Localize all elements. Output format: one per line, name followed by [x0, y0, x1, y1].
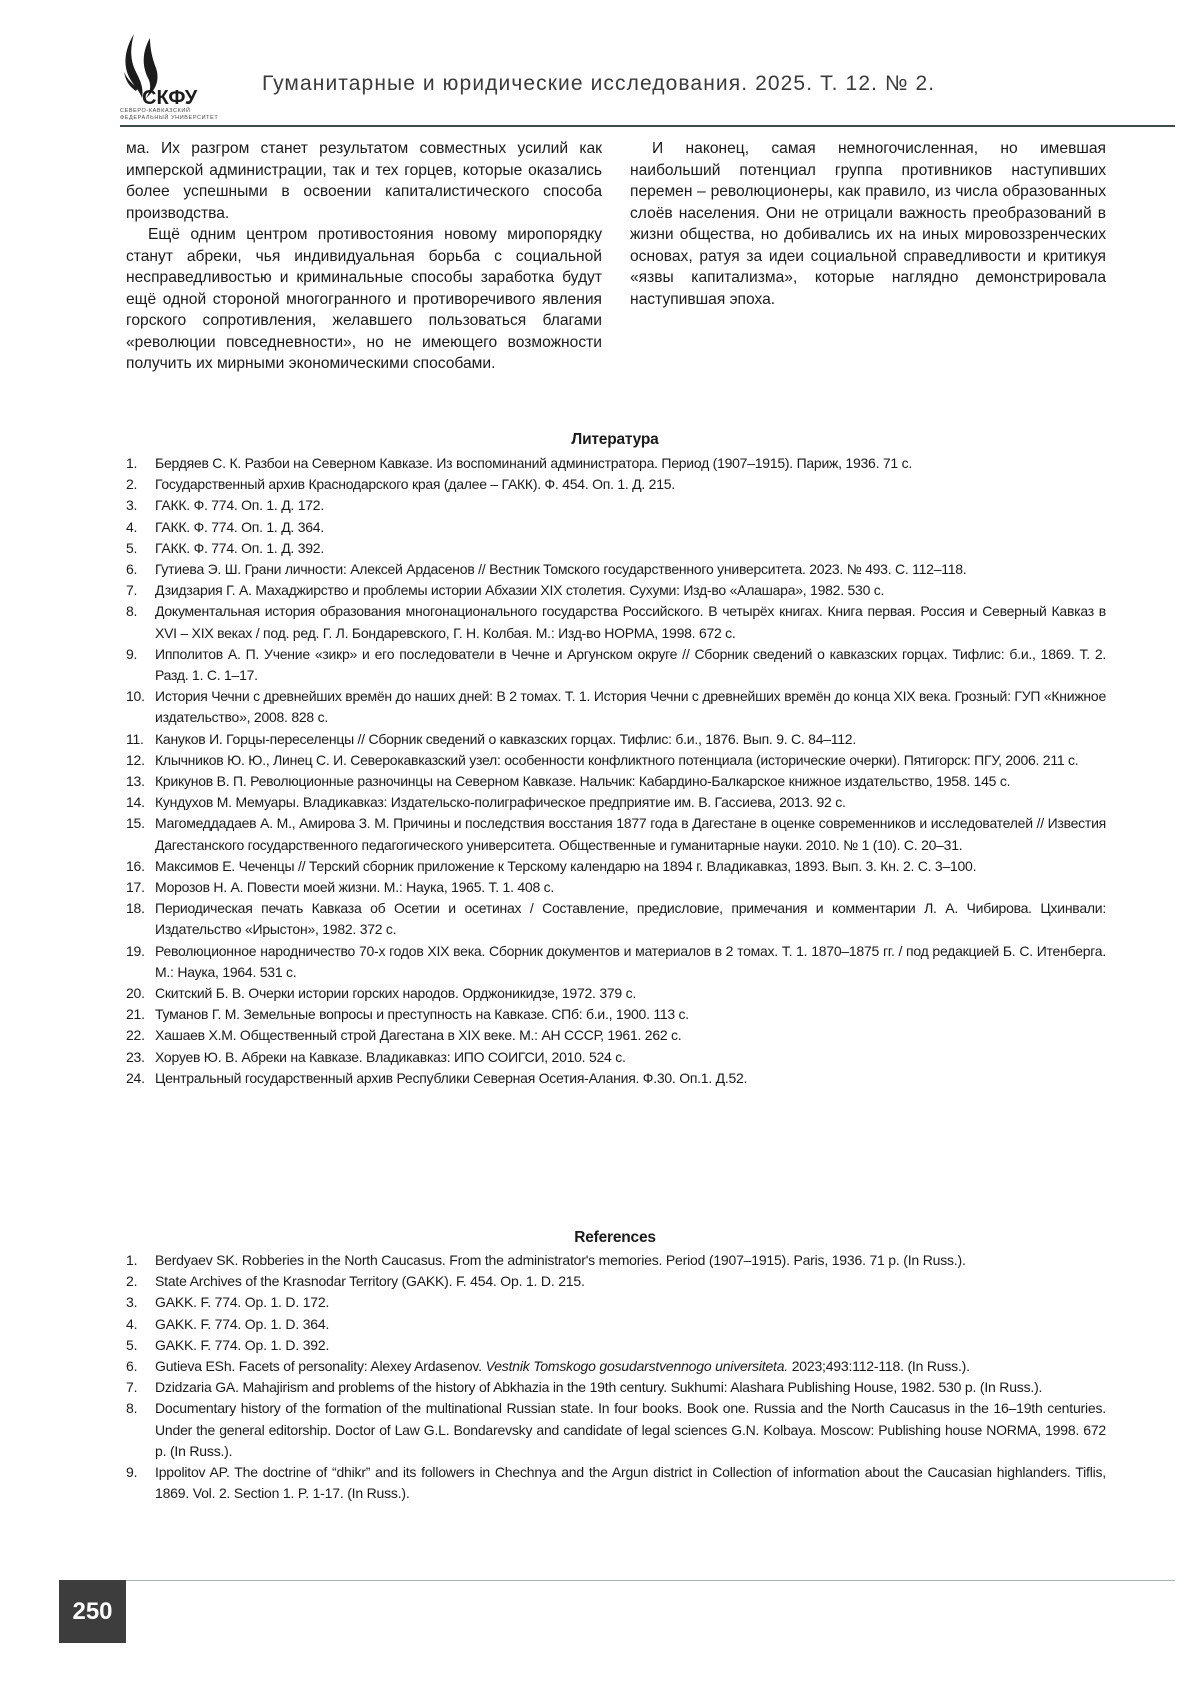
reference-number: 14. [126, 792, 145, 813]
reference-text: Туманов Г. М. Земельные вопросы и престу… [155, 1006, 689, 1022]
reference-item: 14.Кундухов М. Мемуары. Владикавказ: Изд… [126, 792, 1106, 813]
reference-number: 10. [126, 686, 145, 707]
page-number-box: 250 [59, 1580, 126, 1643]
reference-text: GAKK. F. 774. Op. 1. D. 364. [155, 1316, 329, 1332]
literature-list: 1.Бердяев С. К. Разбои на Северном Кавка… [126, 453, 1106, 1089]
reference-item: 5.GAKK. F. 774. Op. 1. D. 392. [126, 1335, 1106, 1356]
reference-text: Gutieva ESh. Facets of personality: Alex… [155, 1358, 486, 1374]
reference-item: 18.Периодическая печать Кавказа об Осети… [126, 898, 1106, 940]
reference-item: 12.Клычников Ю. Ю., Линец С. И. Северока… [126, 750, 1106, 771]
reference-number: 19. [126, 941, 145, 962]
reference-item: 15.Магомеддадаев А. М., Амирова З. М. Пр… [126, 813, 1106, 855]
reference-item: 4.GAKK. F. 774. Op. 1. D. 364. [126, 1314, 1106, 1335]
body-paragraph: Ещё одним центром противостояния новому … [126, 224, 602, 375]
reference-text: State Archives of the Krasnodar Territor… [155, 1273, 585, 1289]
header-divider [120, 125, 1175, 127]
reference-item: 1.Berdyaev SK. Robberies in the North Ca… [126, 1250, 1106, 1271]
reference-text: GAKK. F. 774. Op. 1. D. 172. [155, 1294, 329, 1310]
reference-number: 2. [126, 1271, 137, 1292]
reference-number: 7. [126, 1377, 137, 1398]
body-paragraph: ма. Их разгром станет результатом совмес… [126, 138, 602, 224]
reference-item: 8.Документальная история образования мно… [126, 601, 1106, 643]
right-column: И наконец, самая немногочисленная, но им… [630, 138, 1106, 310]
university-logo: СКФУ СЕВЕРО-КАВКАЗСКИЙ ФЕДЕРАЛЬНЫЙ УНИВЕ… [120, 32, 230, 126]
reference-text: Хашаев Х.М. Общественный строй Дагестана… [155, 1027, 681, 1043]
reference-number: 2. [126, 474, 137, 495]
page-number: 250 [59, 1580, 126, 1643]
reference-text: Documentary history of the formation of … [155, 1400, 1106, 1458]
reference-number: 3. [126, 1292, 137, 1313]
journal-running-head: Гуманитарные и юридические исследования.… [262, 72, 935, 96]
reference-number: 11. [126, 729, 144, 750]
reference-item: 21.Туманов Г. М. Земельные вопросы и пре… [126, 1004, 1106, 1025]
reference-text: Революционное народничество 70-х годов X… [155, 943, 1106, 980]
reference-text: Документальная история образования много… [155, 603, 1106, 640]
left-column: ма. Их разгром станет результатом совмес… [126, 138, 602, 375]
reference-text: Клычников Ю. Ю., Линец С. И. Северокавка… [155, 752, 1078, 768]
reference-number: 6. [126, 1356, 137, 1377]
reference-item: 2.State Archives of the Krasnodar Territ… [126, 1271, 1106, 1292]
reference-number: 3. [126, 495, 137, 516]
literature-heading: Литература [0, 431, 1200, 449]
reference-item: 6.Gutieva ESh. Facets of personality: Al… [126, 1356, 1106, 1377]
reference-number: 23. [126, 1047, 145, 1068]
reference-text: Максимов Е. Чеченцы // Терский сборник п… [155, 858, 976, 874]
reference-item: 23.Хоруев Ю. В. Абреки на Кавказе. Влади… [126, 1047, 1106, 1068]
reference-item: 1.Бердяев С. К. Разбои на Северном Кавка… [126, 453, 1106, 474]
reference-item: 13.Крикунов В. П. Революционные разночин… [126, 771, 1106, 792]
logo-subtitle-line-1: СЕВЕРО-КАВКАЗСКИЙ [120, 108, 230, 115]
reference-text: ГАКК. Ф. 774. Оп. 1. Д. 392. [155, 540, 324, 556]
reference-number: 5. [126, 538, 137, 559]
reference-text: Периодическая печать Кавказа об Осетии и… [155, 900, 1106, 937]
reference-item: 2.Государственный архив Краснодарского к… [126, 474, 1106, 495]
reference-number: 9. [126, 1462, 137, 1483]
reference-number: 9. [126, 644, 137, 665]
reference-item: 16.Максимов Е. Чеченцы // Терский сборни… [126, 856, 1106, 877]
reference-text: ГАКК. Ф. 774. Оп. 1. Д. 364. [155, 519, 324, 535]
reference-text: 2023;493:112-118. (In Russ.). [788, 1358, 970, 1374]
reference-item: 7.Дзидзария Г. А. Махаджирство и проблем… [126, 580, 1106, 601]
reference-item: 9.Ипполитов А. П. Учение «зикр» и его по… [126, 644, 1106, 686]
reference-text: ГАКК. Ф. 774. Оп. 1. Д. 172. [155, 497, 324, 513]
reference-item: 17.Морозов Н. А. Повести моей жизни. М.:… [126, 877, 1106, 898]
reference-number: 13. [126, 771, 145, 792]
reference-text: Хоруев Ю. В. Абреки на Кавказе. Владикав… [155, 1049, 626, 1065]
reference-item: 5.ГАКК. Ф. 774. Оп. 1. Д. 392. [126, 538, 1106, 559]
logo-subtitle-line-2: ФЕДЕРАЛЬНЫЙ УНИВЕРСИТЕТ [120, 115, 230, 122]
reference-text: Государственный архив Краснодарского кра… [155, 476, 675, 492]
reference-item: 20.Скитский Б. В. Очерки истории горских… [126, 983, 1106, 1004]
references-list: 1.Berdyaev SK. Robberies in the North Ca… [126, 1250, 1106, 1504]
reference-number: 21. [126, 1004, 145, 1025]
reference-text: История Чечни с древнейших времён до наш… [155, 688, 1106, 725]
reference-text: Морозов Н. А. Повести моей жизни. М.: На… [155, 879, 554, 895]
reference-number: 24. [126, 1068, 145, 1089]
reference-number: 6. [126, 559, 137, 580]
reference-item: 10.История Чечни с древнейших времён до … [126, 686, 1106, 728]
reference-item: 19.Революционное народничество 70-х годо… [126, 941, 1106, 983]
reference-text: GAKK. F. 774. Op. 1. D. 392. [155, 1337, 329, 1353]
reference-text: Berdyaev SK. Robberies in the North Cauc… [155, 1252, 966, 1268]
reference-number: 7. [126, 580, 137, 601]
reference-item: 4.ГАКК. Ф. 774. Оп. 1. Д. 364. [126, 517, 1106, 538]
reference-item: 6.Гутиева Э. Ш. Грани личности: Алексей … [126, 559, 1106, 580]
reference-number: 18. [126, 898, 145, 919]
reference-text: Центральный государственный архив Респуб… [155, 1070, 747, 1086]
reference-item: 3.GAKK. F. 774. Op. 1. D. 172. [126, 1292, 1106, 1313]
reference-item: 7.Dzidzaria GA. Mahajirism and problems … [126, 1377, 1106, 1398]
reference-number: 17. [126, 877, 145, 898]
reference-number: 8. [126, 1398, 137, 1419]
reference-text: Ипполитов А. П. Учение «зикр» и его посл… [155, 646, 1106, 683]
reference-text: Ippolitov AP. The doctrine of “dhikr” an… [155, 1464, 1106, 1501]
reference-number: 1. [126, 1250, 137, 1271]
logo-subtitle: СЕВЕРО-КАВКАЗСКИЙ ФЕДЕРАЛЬНЫЙ УНИВЕРСИТЕ… [120, 108, 230, 122]
reference-number: 12. [126, 750, 145, 771]
reference-number: 4. [126, 517, 137, 538]
reference-text: Магомеддадаев А. М., Амирова З. М. Причи… [155, 815, 1106, 852]
reference-text: Скитский Б. В. Очерки истории горских на… [155, 985, 636, 1001]
reference-number: 16. [126, 856, 145, 877]
reference-number: 4. [126, 1314, 137, 1335]
reference-number: 8. [126, 601, 137, 622]
reference-text: Dzidzaria GA. Mahajirism and problems of… [155, 1379, 1042, 1395]
reference-item: 8.Documentary history of the formation o… [126, 1398, 1106, 1462]
reference-text: Гутиева Э. Ш. Грани личности: Алексей Ар… [155, 561, 966, 577]
reference-number: 5. [126, 1335, 137, 1356]
body-paragraph: И наконец, самая немногочисленная, но им… [630, 138, 1106, 310]
reference-text: Бердяев С. К. Разбои на Северном Кавказе… [155, 455, 912, 471]
reference-item: 9.Ippolitov AP. The doctrine of “dhikr” … [126, 1462, 1106, 1504]
reference-journal-title: Vestnik Tomskogo gosudarstvennogo univer… [486, 1358, 788, 1374]
svg-text:СКФУ: СКФУ [142, 87, 198, 108]
references-heading: References [0, 1229, 1200, 1247]
reference-item: 3.ГАКК. Ф. 774. Оп. 1. Д. 172. [126, 495, 1106, 516]
reference-text: Крикунов В. П. Революционные разночинцы … [155, 773, 1010, 789]
reference-text: Дзидзария Г. А. Махаджирство и проблемы … [155, 582, 884, 598]
reference-number: 15. [126, 813, 145, 834]
reference-number: 1. [126, 453, 137, 474]
reference-text: Кундухов М. Мемуары. Владикавказ: Издате… [155, 794, 846, 810]
reference-number: 22. [126, 1025, 145, 1046]
reference-text: Кануков И. Горцы-переселенцы // Сборник … [155, 731, 856, 747]
reference-number: 20. [126, 983, 145, 1004]
footer-divider [60, 1580, 1175, 1581]
page-header: СКФУ СЕВЕРО-КАВКАЗСКИЙ ФЕДЕРАЛЬНЫЙ УНИВЕ… [0, 0, 1200, 128]
wing-flame-icon: СКФУ [120, 32, 230, 108]
reference-item: 24.Центральный государственный архив Рес… [126, 1068, 1106, 1089]
reference-item: 11.Кануков И. Горцы-переселенцы // Сборн… [126, 729, 1106, 750]
reference-item: 22.Хашаев Х.М. Общественный строй Дагест… [126, 1025, 1106, 1046]
